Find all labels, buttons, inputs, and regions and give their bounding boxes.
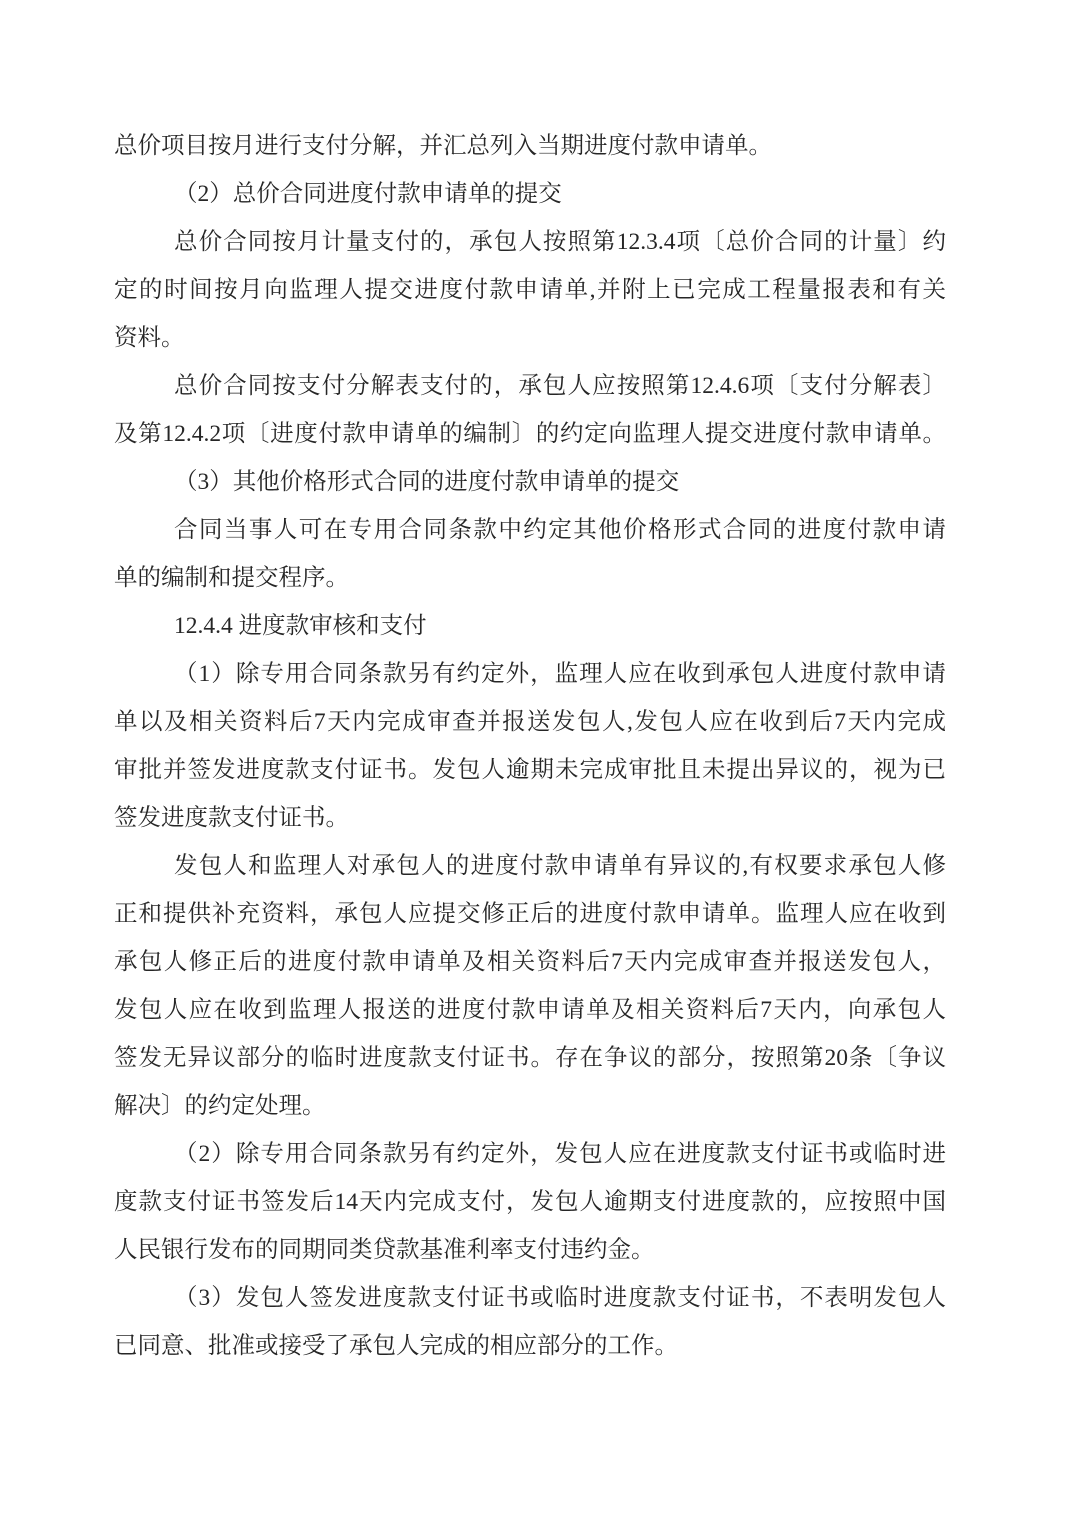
text-line: 正和提供补充资料，承包人应提交修正后的进度付款申请单。监理人应在收到 — [114, 890, 946, 938]
text-line: 发包人和监理人对承包人的进度付款申请单有异议的,有权要求承包人修 — [114, 842, 946, 890]
text-line: 合同当事人可在专用合同条款中约定其他价格形式合同的进度付款申请 — [114, 506, 946, 554]
text-line: 发包人应在收到监理人报送的进度付款申请单及相关资料后7天内，向承包人 — [114, 986, 946, 1034]
text-line: （3）发包人签发进度款支付证书或临时进度款支付证书，不表明发包人 — [114, 1274, 946, 1322]
text-line: （2）总价合同进度付款申请单的提交 — [114, 170, 946, 218]
text-line: 定的时间按月向监理人提交进度付款申请单,并附上已完成工程量报表和有关 — [114, 266, 946, 314]
text-line: （1）除专用合同条款另有约定外，监理人应在收到承包人进度付款申请 — [114, 650, 946, 698]
text-line: 解决〕的约定处理。 — [114, 1082, 946, 1130]
text-line: 人民银行发布的同期同类贷款基准利率支付违约金。 — [114, 1226, 946, 1274]
text-line: （2）除专用合同条款另有约定外，发包人应在进度款支付证书或临时进 — [114, 1130, 946, 1178]
text-line: 单以及相关资料后7天内完成审查并报送发包人,发包人应在收到后7天内完成 — [114, 698, 946, 746]
text-line: 签发无异议部分的临时进度款支付证书。存在争议的部分，按照第20条〔争议 — [114, 1034, 946, 1082]
text-line: 单的编制和提交程序。 — [114, 554, 946, 602]
text-line: 签发进度款支付证书。 — [114, 794, 946, 842]
contract-text-block: 总价项目按月进行支付分解，并汇总列入当期进度付款申请单。（2）总价合同进度付款申… — [114, 122, 946, 1370]
text-line: 承包人修正后的进度付款申请单及相关资料后7天内完成审查并报送发包人， — [114, 938, 946, 986]
text-line: 总价合同按支付分解表支付的，承包人应按照第12.4.6项〔支付分解表〕 — [114, 362, 946, 410]
text-line: 及第12.4.2项〔进度付款申请单的编制〕的约定向监理人提交进度付款申请单。 — [114, 410, 946, 458]
text-line: 资料。 — [114, 314, 946, 362]
text-line: （3）其他价格形式合同的进度付款申请单的提交 — [114, 458, 946, 506]
text-line: 已同意、批准或接受了承包人完成的相应部分的工作。 — [114, 1322, 946, 1370]
text-line: 12.4.4 进度款审核和支付 — [114, 602, 946, 650]
text-line: 总价项目按月进行支付分解，并汇总列入当期进度付款申请单。 — [114, 122, 946, 170]
text-line: 总价合同按月计量支付的，承包人按照第12.3.4项〔总价合同的计量〕约 — [114, 218, 946, 266]
text-line: 审批并签发进度款支付证书。发包人逾期未完成审批且未提出异议的，视为已 — [114, 746, 946, 794]
text-line: 度款支付证书签发后14天内完成支付，发包人逾期支付进度款的，应按照中国 — [114, 1178, 946, 1226]
document-page: 总价项目按月进行支付分解，并汇总列入当期进度付款申请单。（2）总价合同进度付款申… — [0, 0, 1074, 1520]
